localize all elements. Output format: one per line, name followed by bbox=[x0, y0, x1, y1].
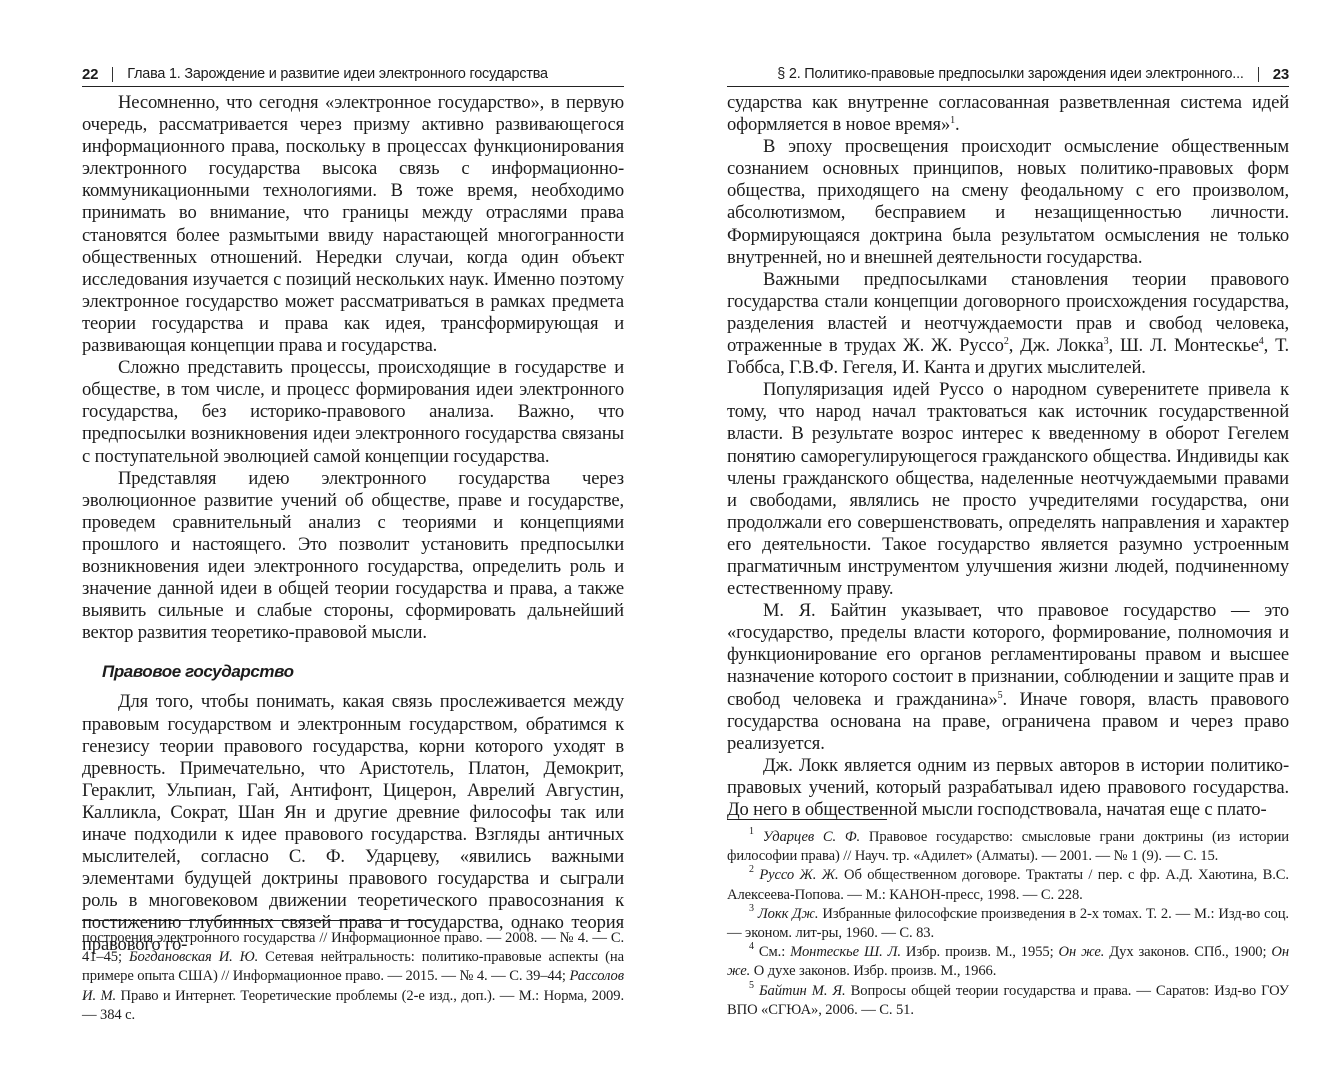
section-subheading: Правовое государство bbox=[102, 661, 624, 683]
footnote-divider bbox=[82, 920, 433, 921]
footnote-5: 5 Байтин М. Я. Вопросы общей теории госу… bbox=[727, 982, 1289, 1020]
footnotes-right: 1 Ударцев С. Ф. Правовое государство: см… bbox=[727, 828, 1289, 1020]
paragraph: Важными предпосылками становления теории… bbox=[727, 269, 1289, 379]
running-title-right: § 2. Политико-правовые предпосылки зарож… bbox=[777, 66, 1243, 82]
right-page-header: § 2. Политико-правовые предпосылки зарож… bbox=[727, 62, 1289, 87]
footnote-2: 2 Руссо Ж. Ж. Об общественном договоре. … bbox=[727, 866, 1289, 904]
paragraph: Сложно представить процессы, происходящи… bbox=[82, 357, 624, 467]
left-page-header: 22 Глава 1. Зарождение и развитие идеи э… bbox=[82, 62, 624, 87]
left-page: 22 Глава 1. Зарождение и развитие идеи э… bbox=[82, 0, 624, 1080]
header-separator bbox=[112, 67, 113, 82]
page-number-right: 23 bbox=[1273, 66, 1289, 83]
footnote-1: 1 Ударцев С. Ф. Правовое государство: см… bbox=[727, 828, 1289, 866]
paragraph: В эпоху просвещения происходит осмыслени… bbox=[727, 136, 1289, 269]
paragraph: Несомненно, что сегодня «электронное гос… bbox=[82, 92, 624, 357]
left-page-body: Несомненно, что сегодня «электронное гос… bbox=[82, 92, 624, 957]
running-title-left: Глава 1. Зарождение и развитие идеи элек… bbox=[127, 66, 548, 82]
footnote-author: Ударцев С. Ф. bbox=[763, 829, 860, 845]
footnote-divider bbox=[727, 819, 887, 820]
page-number-left: 22 bbox=[82, 66, 98, 83]
footnote-author: Локк Дж. bbox=[758, 906, 819, 922]
right-page: § 2. Политико-правовые предпосылки зарож… bbox=[727, 0, 1289, 1080]
paragraph: Дж. Локк является одним из первых авторо… bbox=[727, 755, 1289, 821]
footnote-author: Богдановская И. Ю. bbox=[129, 949, 258, 965]
paragraph: М. Я. Байтин указывает, что правовое гос… bbox=[727, 600, 1289, 755]
footnote-author: Руссо Ж. Ж. bbox=[759, 867, 838, 883]
footnote-continuation: построения электронного государства // И… bbox=[82, 929, 624, 1025]
paragraph: Популяризация идей Руссо о народном суве… bbox=[727, 379, 1289, 600]
paragraph: Для того, чтобы понимать, какая связь пр… bbox=[82, 691, 624, 956]
footnote-author: Монтескье Ш. Л. bbox=[790, 944, 901, 960]
footnote-3: 3 Локк Дж. Избранные философские произве… bbox=[727, 905, 1289, 943]
paragraph-continuation: сударства как внутренне согласованная ра… bbox=[727, 92, 1289, 136]
footnote-4: 4 См.: Монтескье Ш. Л. Избр. произв. М.,… bbox=[727, 943, 1289, 981]
paragraph: Представляя идею электронного государств… bbox=[82, 468, 624, 645]
header-separator bbox=[1258, 67, 1259, 82]
footnote-author: Он же. bbox=[1059, 944, 1105, 960]
right-page-body: сударства как внутренне согласованная ра… bbox=[727, 92, 1289, 821]
footnotes-left: построения электронного государства // И… bbox=[82, 929, 624, 1025]
footnote-author: Байтин М. Я. bbox=[759, 983, 846, 999]
